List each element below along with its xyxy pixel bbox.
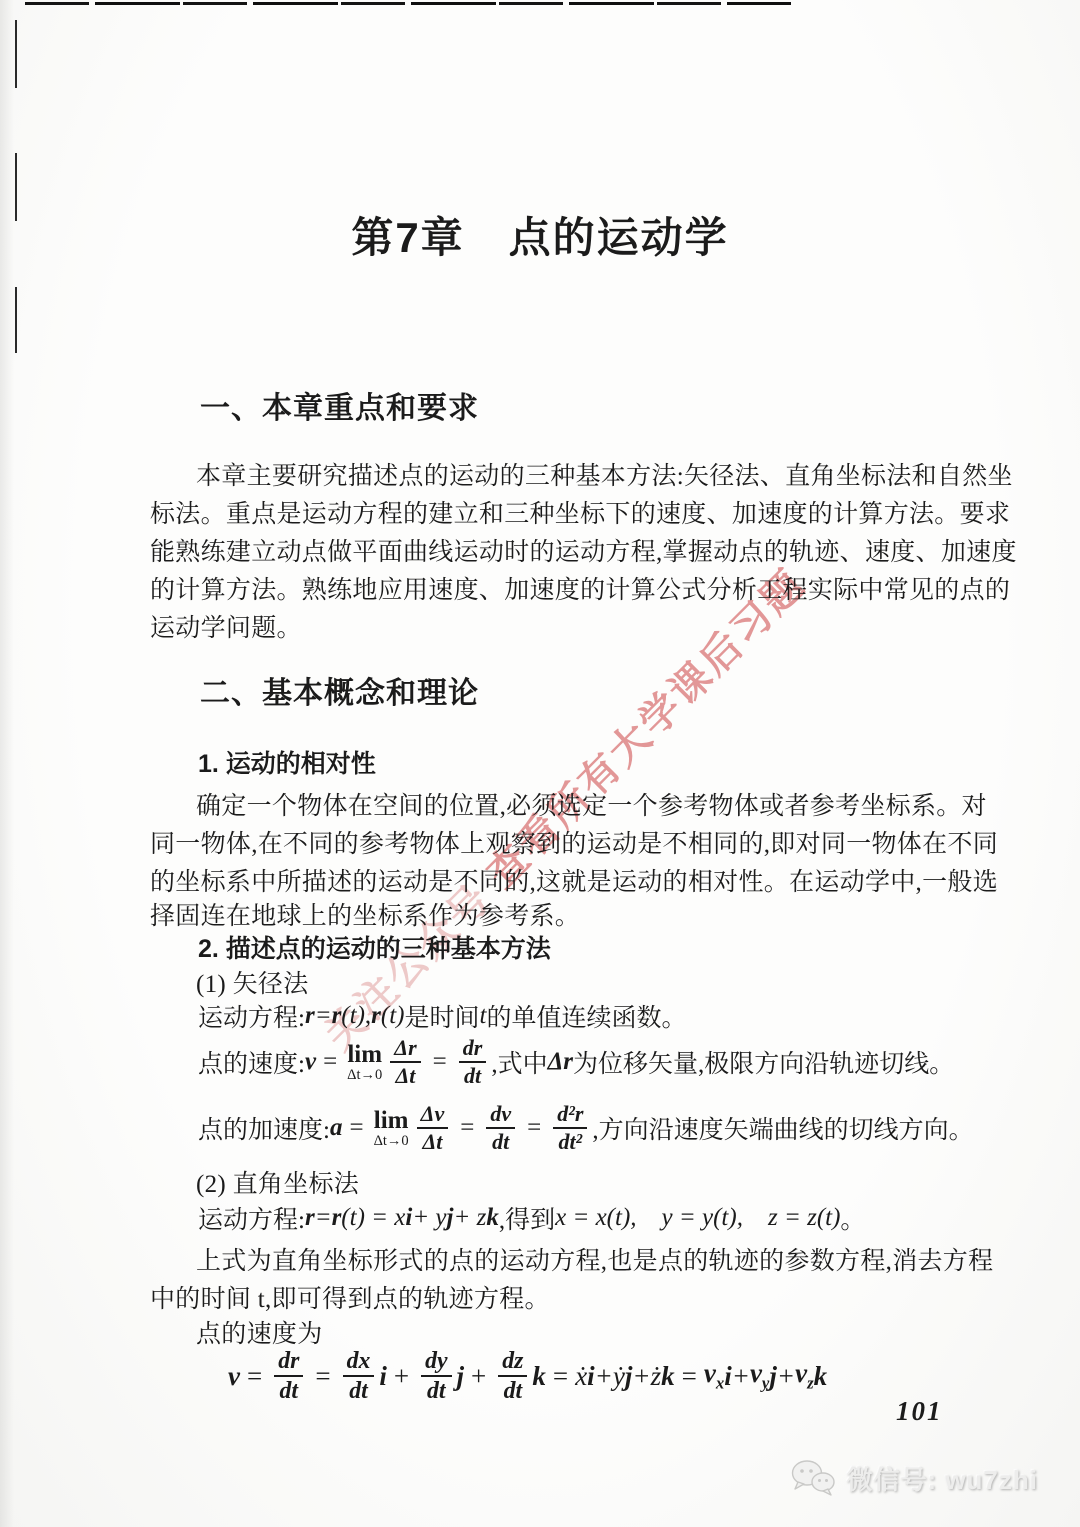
formula-part: i (724, 1361, 732, 1392)
scan-artifact-left-tick (15, 20, 17, 88)
fraction: dvdt (486, 1102, 515, 1154)
wechat-icon (790, 1458, 836, 1498)
equation-motion-cartesian: 运动方程:r = r(t) = xi + yj + zk,得到 x = x(t)… (198, 1200, 865, 1236)
formula-part: z = z(t) (768, 1204, 840, 1232)
formula-part: v (305, 1048, 316, 1076)
formula-part: i (405, 1204, 412, 1232)
formula-part: + y (412, 1204, 446, 1232)
formula-part: j (625, 1361, 633, 1392)
formula-part: = (546, 1361, 575, 1392)
formula-part: (t) = x (341, 1204, 405, 1232)
formula-part: = (426, 1048, 454, 1076)
equation-motion-vector: 运动方程:r = r(t),r(t) 是时间 t 的单值连续函数。 (198, 998, 686, 1034)
subscripted-variable: vy (750, 1358, 769, 1393)
wechat-watermark: 微信号: wu7zhi (790, 1458, 1038, 1498)
body-line: 同一物体,在不同的参考物体上观察到的运动是不相同的,即对同一物体在不同 (150, 824, 998, 860)
formula-part: = (308, 1361, 337, 1392)
body-line: 标法。重点是运动方程的建立和三种坐标下的速度、加速度的计算方法。要求 (150, 494, 1010, 530)
subscripted-variable: vz (795, 1358, 814, 1393)
formula-part: ,方向沿速度矢端曲线的切线方向。 (592, 1110, 973, 1146)
formula-part: k (814, 1361, 828, 1392)
formula-part: = (316, 1048, 344, 1076)
equation-velocity: 点的速度:v=limΔt→0ΔrΔt=drdt,式中 Δr 为位移矢量,极限方向… (198, 1034, 954, 1090)
subsection2-heading: 2. 描述点的运动的三种基本方法 (198, 929, 551, 965)
formula-part: + (732, 1361, 750, 1392)
formula-part: r (305, 1204, 315, 1232)
body-line: 运动学问题。 (150, 608, 302, 644)
section1-heading: 一、本章重点和要求 (200, 383, 479, 427)
formula-part: i (379, 1361, 387, 1392)
formula-part: j (457, 1361, 465, 1392)
formula-part: + (777, 1361, 795, 1392)
formula-part: 是时间 (405, 998, 480, 1034)
body-line: 能熟练建立动点做平面曲线运动时的运动方程,掌握动点的轨迹、速度、加速度 (150, 532, 1017, 568)
body-line: 本章主要研究描述点的运动的三种基本方法:矢径法、直角坐标法和自然坐 (196, 456, 1013, 492)
formula-part: r (332, 1002, 342, 1030)
formula-part: ,式中 (491, 1044, 547, 1080)
body-line: 上式为直角坐标形式的点的运动方程,也是点的轨迹的参数方程,消去方程 (196, 1241, 993, 1277)
formula-part: = (315, 1002, 332, 1030)
formula-part: (t) (381, 1002, 405, 1030)
scanned-textbook-page: 关注公众号 查看所有大学课后习题 第7章 点的运动学 一、本章重点和要求 本章主… (0, 0, 1080, 1527)
formula-part (743, 1200, 768, 1236)
formula-part: + (632, 1361, 650, 1392)
formula-part: + (595, 1361, 613, 1392)
body-line: 择固连在地球上的坐标系作为参考系。 (150, 896, 580, 932)
formula-part: k (532, 1361, 546, 1392)
fraction: ΔvΔt (417, 1102, 449, 1154)
method1-label: (1) 矢径法 (196, 964, 309, 1000)
formula-part: ẋ (575, 1361, 587, 1392)
body-line: 中的时间 t,即可得到点的轨迹方程。 (150, 1279, 550, 1315)
formula-part: a (330, 1114, 343, 1142)
formula-part: + z (453, 1204, 486, 1232)
subscripted-variable: vx (704, 1358, 724, 1393)
formula-part: Δr (548, 1048, 573, 1076)
scan-artifact-left-tick (15, 287, 17, 353)
formula-part: j (447, 1204, 454, 1232)
formula-part: v (228, 1361, 240, 1392)
formula-part: 运动方程: (198, 998, 305, 1034)
formula-part: x = x(t), (555, 1204, 636, 1232)
formula-part: = (675, 1361, 704, 1392)
body-line: 的坐标系中所描述的运动是不同的,这就是运动的相对性。在运动学中,一般选 (150, 862, 998, 898)
fraction: dxdt (343, 1348, 375, 1404)
formula-part (637, 1200, 662, 1236)
formula-part: = (453, 1114, 481, 1142)
formula-part: 为位移矢量,极限方向沿轨迹切线。 (573, 1044, 954, 1080)
formula-part: t (480, 1002, 487, 1030)
method2-label: (2) 直角坐标法 (196, 1164, 359, 1200)
formula-part: r (305, 1002, 315, 1030)
chapter-title: 第7章 点的运动学 (0, 205, 1080, 265)
fraction: dzdt (498, 1348, 527, 1404)
formula-part: 点的加速度: (198, 1110, 330, 1146)
formula-part: ẏ (613, 1361, 625, 1392)
body-line: 的计算方法。熟练地应用速度、加速度的计算公式分析工程实际中常见的点的 (150, 570, 1010, 606)
formula-part: k (661, 1361, 675, 1392)
formula-part: k (486, 1204, 499, 1232)
fraction: ΔrΔt (390, 1036, 420, 1088)
formula-part: 。 (840, 1200, 865, 1236)
formula-part: y = y(t), (662, 1204, 743, 1232)
formula-part: + (464, 1361, 493, 1392)
fraction: dydt (421, 1348, 451, 1404)
page-number: 101 (896, 1396, 943, 1427)
formula-part: = (315, 1204, 332, 1232)
formula-part: r (371, 1002, 381, 1030)
limit: limΔt→0 (374, 1108, 409, 1149)
velocity-intro: 点的速度为 (196, 1314, 323, 1350)
formula-part: j (769, 1361, 777, 1392)
scan-artifact-top-line (25, 2, 791, 5)
formula-part: = (520, 1114, 548, 1142)
equation-velocity-components: v=drdt=dxdti+dydtj+dzdtk=ẋi + ẏj + żk=vx… (228, 1346, 827, 1406)
formula-part: ,得到 (499, 1200, 555, 1236)
body-line: 确定一个物体在空间的位置,必须选定一个参考物体或者参考坐标系。对 (196, 786, 987, 822)
formula-part: (t) (341, 1002, 365, 1030)
formula-part: = (240, 1361, 269, 1392)
formula-part: r (332, 1204, 342, 1232)
formula-part: 的单值连续函数。 (486, 998, 686, 1034)
limit: limΔt→0 (347, 1042, 382, 1083)
formula-part: + (387, 1361, 416, 1392)
fraction: drdt (459, 1036, 487, 1088)
formula-part: = (342, 1114, 370, 1142)
formula-part: 点的速度: (198, 1044, 305, 1080)
fraction: d²rdt² (553, 1102, 587, 1154)
section2-heading: 二、基本概念和理论 (200, 668, 479, 712)
formula-part: i (587, 1361, 595, 1392)
formula-part: 运动方程: (198, 1200, 305, 1236)
fraction: drdt (274, 1348, 303, 1404)
formula-part: ż (651, 1361, 662, 1392)
subsection1-heading: 1. 运动的相对性 (198, 744, 376, 780)
wechat-id-label: 微信号: wu7zhi (846, 1460, 1038, 1497)
equation-acceleration: 点的加速度:a=limΔt→0ΔvΔt=dvdt=d²rdt²,方向沿速度矢端曲… (198, 1098, 974, 1158)
